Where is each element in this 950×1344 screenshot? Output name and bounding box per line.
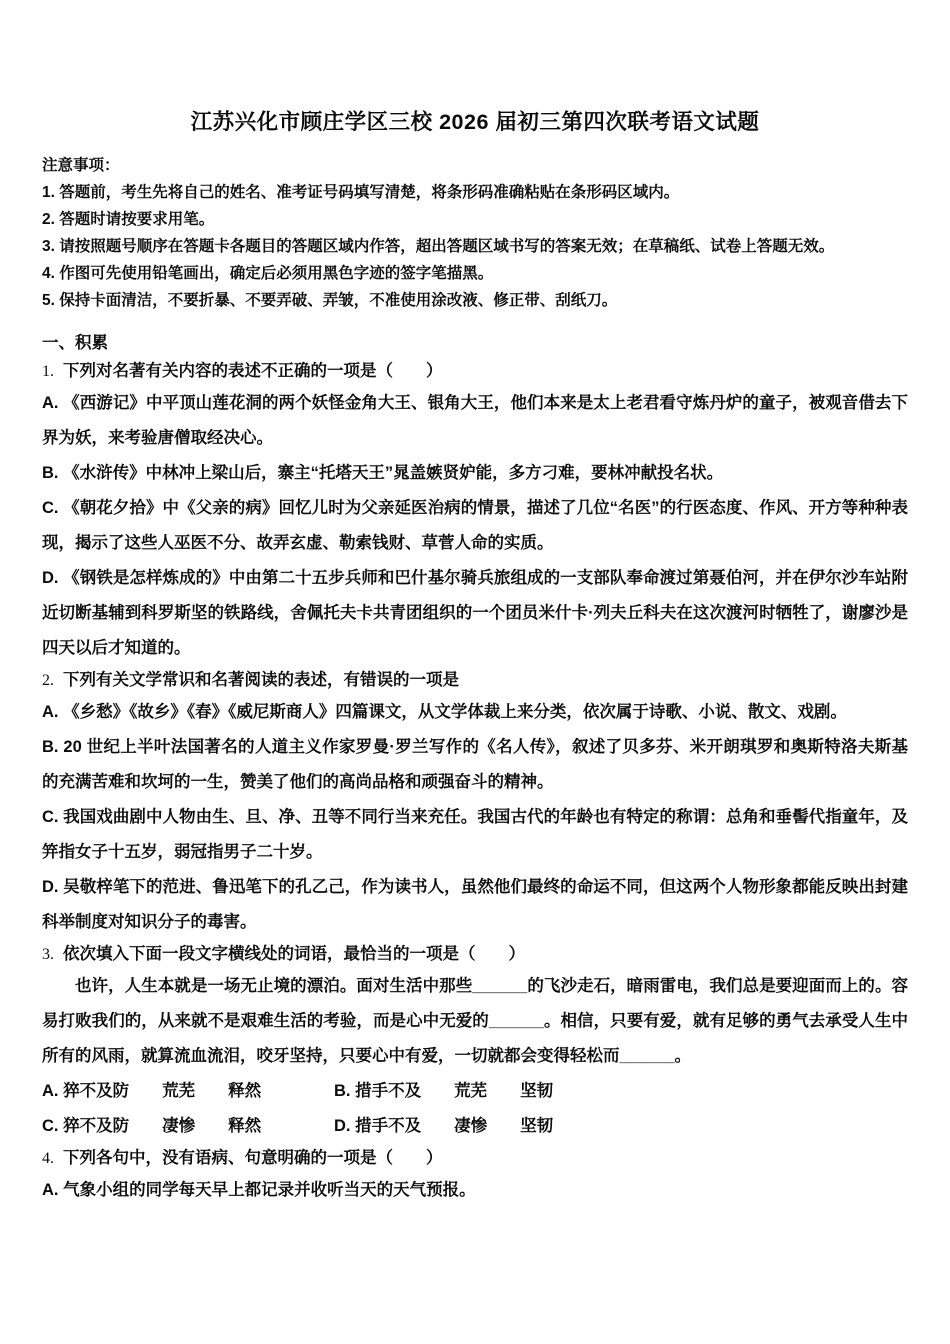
page-title: 江苏兴化市顾庄学区三校 2026 届初三第四次联考语文试题: [42, 108, 908, 136]
question-4-stem-text: 下列各句中，没有语病、句意明确的一项是（ ）: [63, 1149, 443, 1167]
notice-heading: 注意事项：: [42, 152, 908, 179]
exam-paper-page: 江苏兴化市顾庄学区三校 2026 届初三第四次联考语文试题 注意事项： 1. 答…: [0, 0, 950, 1344]
question-2: 2.下列有关文学常识和名著阅读的表述，有错误的一项是 A. 《乡愁》《故乡》《春…: [42, 666, 908, 940]
question-4-stem: 4.下列各句中，没有语病、句意明确的一项是（ ）: [42, 1144, 908, 1173]
notice-item: 4. 作图可先使用铅笔画出，确定后必须用黑色字迹的签字笔描黑。: [42, 260, 908, 287]
question-3-option-b: B. 措手不及 荒芜 坚韧: [334, 1074, 908, 1109]
question-1-stem-text: 下列对名著有关内容的表述不正确的一项是（ ）: [63, 362, 443, 380]
notice-section: 注意事项： 1. 答题前，考生先将自己的姓名、准考证号码填写清楚，将条形码准确粘…: [42, 152, 908, 314]
question-1-option-c: C. 《朝花夕拾》中《父亲的病》回忆儿时为父亲延医治病的情景，描述了几位“名医”…: [42, 491, 908, 561]
question-2-option-a: A. 《乡愁》《故乡》《春》《威尼斯商人》四篇课文，从文学体裁上来分类，依次属于…: [42, 695, 908, 730]
section-heading-accumulation: 一、积累: [42, 330, 908, 357]
question-1: 1.下列对名著有关内容的表述不正确的一项是（ ） A. 《西游记》中平顶山莲花洞…: [42, 357, 908, 666]
notice-item: 5. 保持卡面清洁，不要折暴、不要弄破、弄皱，不准使用涂改液、修正带、刮纸刀。: [42, 287, 908, 314]
question-3: 3.依次填入下面一段文字横线处的词语，最恰当的一项是（ ） 也许，人生本就是一场…: [42, 940, 908, 1144]
question-4-option-a: A. 气象小组的同学每天早上都记录并收听当天的天气预报。: [42, 1173, 908, 1208]
question-1-option-b: B. 《水浒传》中林冲上梁山后，寨主“托塔天王”晁盖嫉贤妒能，多方刁难，要林冲献…: [42, 456, 908, 491]
question-4: 4.下列各句中，没有语病、句意明确的一项是（ ） A. 气象小组的同学每天早上都…: [42, 1144, 908, 1208]
question-3-option-a: A. 猝不及防 荒芜 释然: [42, 1074, 334, 1109]
question-3-option-row-1: A. 猝不及防 荒芜 释然 B. 措手不及 荒芜 坚韧: [42, 1074, 908, 1109]
question-3-option-row-2: C. 猝不及防 凄惨 释然 D. 措手不及 凄惨 坚韧: [42, 1109, 908, 1144]
question-3-option-d: D. 措手不及 凄惨 坚韧: [334, 1109, 908, 1144]
question-3-number: 3.: [42, 946, 63, 963]
notice-item: 1. 答题前，考生先将自己的姓名、准考证号码填写清楚，将条形码准确粘贴在条形码区…: [42, 179, 908, 206]
question-2-option-b: B. 20 世纪上半叶法国著名的人道主义作家罗曼·罗兰写作的《名人传》，叙述了贝…: [42, 730, 908, 800]
question-1-option-a: A. 《西游记》中平顶山莲花洞的两个妖怪金角大王、银角大王，他们本来是太上老君看…: [42, 386, 908, 456]
notice-item: 3. 请按照题号顺序在答题卡各题目的答题区域内作答，超出答题区域书写的答案无效；…: [42, 233, 908, 260]
question-3-stem: 3.依次填入下面一段文字横线处的词语，最恰当的一项是（ ）: [42, 940, 908, 969]
question-2-stem-text: 下列有关文学常识和名著阅读的表述，有错误的一项是: [63, 671, 459, 689]
question-1-number: 1.: [42, 363, 63, 380]
question-1-stem: 1.下列对名著有关内容的表述不正确的一项是（ ）: [42, 357, 908, 386]
question-2-option-c: C. 我国戏曲剧中人物由生、旦、净、丑等不同行当来充任。我国古代的年龄也有特定的…: [42, 800, 908, 870]
question-4-number: 4.: [42, 1150, 63, 1167]
question-1-option-d: D. 《钢铁是怎样炼成的》中由第二十五步兵师和巴什基尔骑兵旅组成的一支部队奉命渡…: [42, 561, 908, 666]
question-2-stem: 2.下列有关文学常识和名著阅读的表述，有错误的一项是: [42, 666, 908, 695]
question-3-option-c: C. 猝不及防 凄惨 释然: [42, 1109, 334, 1144]
notice-item: 2. 答题时请按要求用笔。: [42, 206, 908, 233]
question-2-option-d: D. 吴敬梓笔下的范进、鲁迅笔下的孔乙己，作为读书人，虽然他们最终的命运不同，但…: [42, 870, 908, 940]
question-2-number: 2.: [42, 672, 63, 689]
question-3-passage: 也许，人生本就是一场无止境的漂泊。面对生活中那些______的飞沙走石，暗雨雷电…: [42, 969, 908, 1074]
question-3-stem-text: 依次填入下面一段文字横线处的词语，最恰当的一项是（ ）: [63, 945, 525, 963]
